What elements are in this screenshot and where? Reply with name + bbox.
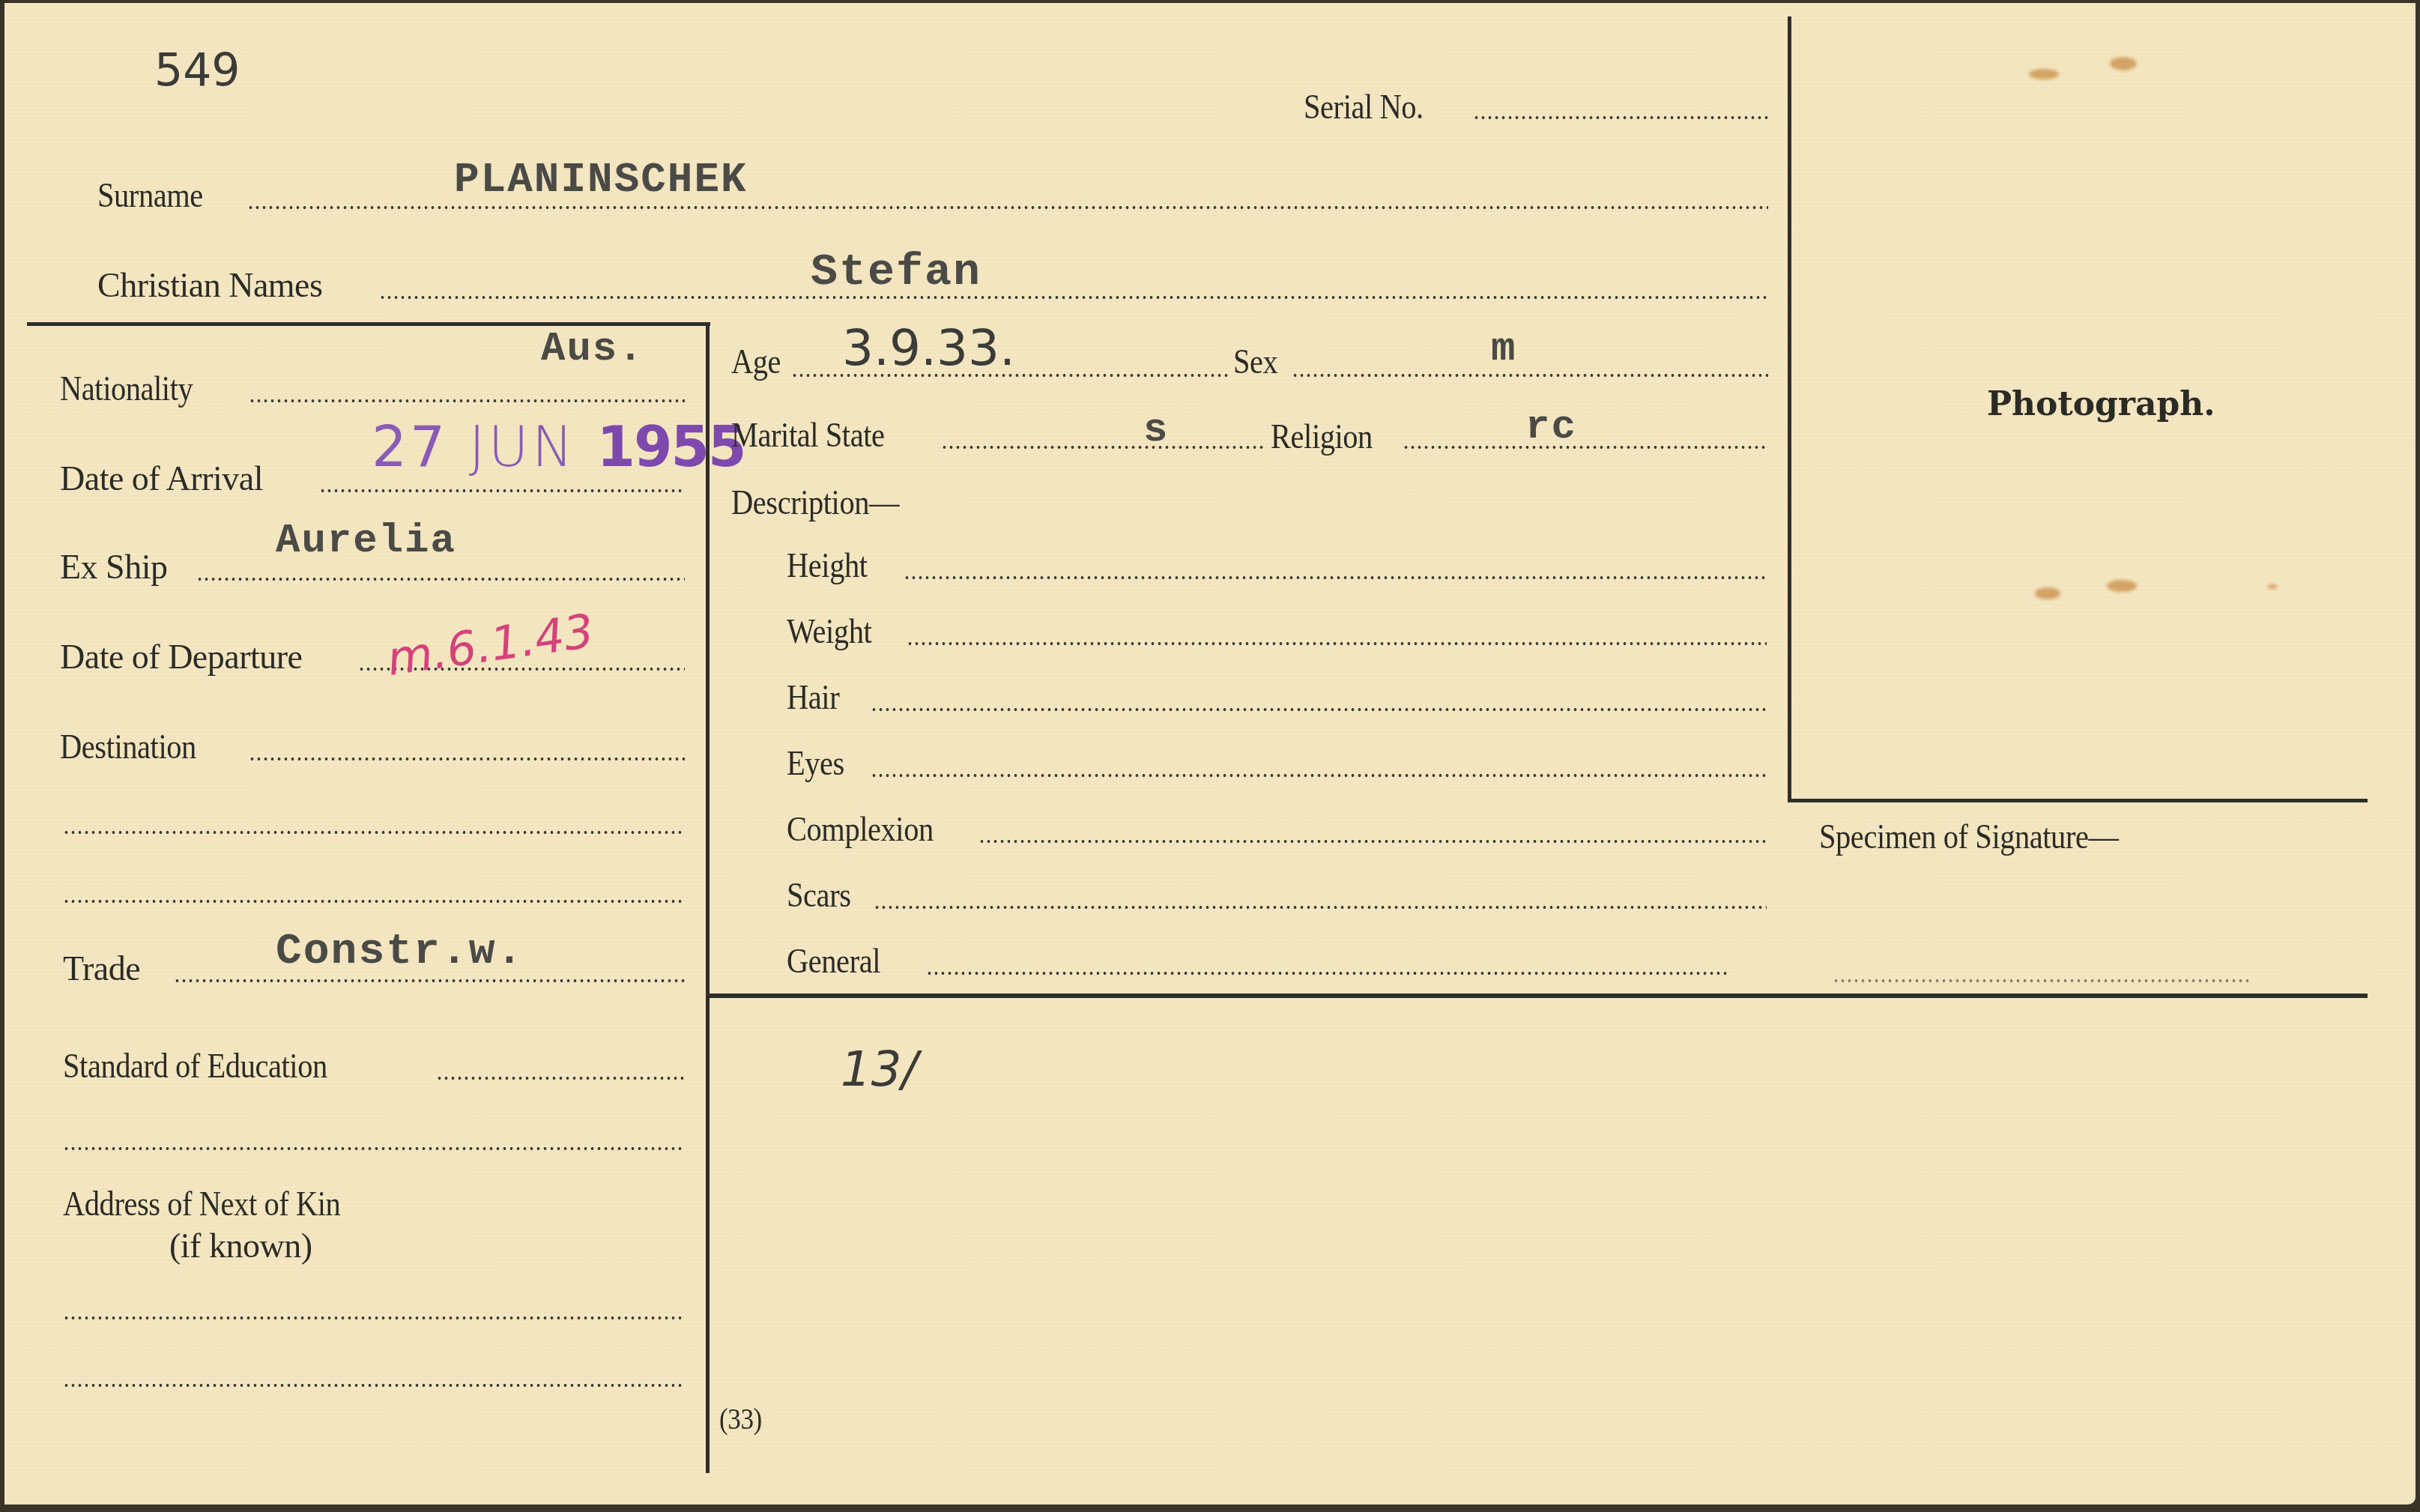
- height-label: Height: [787, 548, 868, 583]
- scars-label: Scars: [787, 878, 850, 913]
- destination-field[interactable]: [249, 757, 685, 761]
- photo-frame-bottom: [1788, 799, 2368, 802]
- nationality-field[interactable]: [249, 399, 685, 403]
- education-label: Standard of Education: [63, 1049, 327, 1083]
- marital-state-field[interactable]: [941, 445, 1265, 450]
- destination-label: Destination: [60, 730, 196, 764]
- sex-field[interactable]: [1292, 373, 1768, 378]
- ex-ship-value: Aurelia: [276, 521, 456, 562]
- christian-names-value: Stefan: [811, 250, 981, 295]
- hair-label: Hair: [787, 680, 839, 715]
- height-field[interactable]: [904, 575, 1767, 580]
- christian-names-label: Christian Names: [97, 268, 322, 303]
- age-value: 3.9.33.: [842, 324, 1015, 373]
- sex-label: Sex: [1233, 345, 1277, 379]
- trade-field[interactable]: [174, 979, 685, 983]
- general-label: General: [787, 944, 880, 979]
- handwritten-note: 13/: [841, 1046, 918, 1094]
- eyes-label: Eyes: [787, 746, 844, 781]
- description-label: Description—: [731, 486, 899, 520]
- marital-state-value: s: [1143, 411, 1169, 451]
- photograph-label: Photograph.: [1987, 385, 2215, 423]
- surname-value: PLANINSCHEK: [454, 159, 748, 201]
- signature-label: Specimen of Signature—: [1819, 820, 2119, 854]
- next-of-kin-sublabel: (if known): [169, 1229, 312, 1263]
- surname-field[interactable]: [247, 205, 1768, 210]
- stamp-month: JUN: [469, 415, 576, 480]
- next-of-kin-field-line-1[interactable]: [63, 1316, 685, 1320]
- religion-label: Religion: [1271, 420, 1373, 454]
- nationality-label: Nationality: [60, 372, 193, 406]
- age-label: Age: [731, 345, 781, 379]
- ex-ship-field[interactable]: [196, 577, 685, 581]
- date-of-arrival-label: Date of Arrival: [60, 462, 263, 496]
- next-of-kin-label: Address of Next of Kin: [63, 1187, 340, 1221]
- destination-field-line-2[interactable]: [63, 830, 685, 835]
- complexion-label: Complexion: [787, 812, 934, 847]
- arrival-date-stamp: 27 JUN 1955: [372, 420, 745, 475]
- signature-field[interactable]: [1833, 979, 2252, 983]
- weight-field[interactable]: [907, 641, 1767, 646]
- sex-value: m: [1491, 330, 1516, 370]
- nationality-value: Aus.: [541, 330, 644, 370]
- date-of-departure-label: Date of Departure: [60, 640, 303, 674]
- weight-label: Weight: [787, 614, 871, 649]
- form-code: (33): [719, 1404, 762, 1434]
- education-field[interactable]: [436, 1076, 685, 1080]
- immigration-record-card: 549 Serial No. Surname PLANINSCHEK Chris…: [4, 3, 2416, 1505]
- complexion-field[interactable]: [978, 839, 1767, 844]
- stamp-year: 1955: [597, 415, 745, 480]
- religion-value: rc: [1525, 408, 1577, 448]
- date-of-arrival-field[interactable]: [319, 489, 685, 493]
- photograph-area: Photograph.: [1791, 16, 2368, 799]
- hair-field[interactable]: [871, 707, 1767, 712]
- destination-field-line-3[interactable]: [63, 899, 685, 904]
- marital-state-label: Marital State: [731, 418, 884, 453]
- trade-value: Constr.w.: [276, 931, 524, 974]
- card-number: 549: [154, 48, 241, 93]
- ex-ship-label: Ex Ship: [60, 550, 167, 584]
- surname-label: Surname: [97, 178, 203, 213]
- stamp-day: 27: [372, 415, 448, 480]
- description-bottom-rule: [709, 994, 2368, 998]
- christian-names-field[interactable]: [379, 295, 1768, 300]
- education-field-line-2[interactable]: [63, 1146, 685, 1151]
- serial-number-field[interactable]: [1473, 115, 1768, 120]
- religion-field[interactable]: [1403, 445, 1768, 450]
- general-field[interactable]: [926, 971, 1728, 976]
- trade-label: Trade: [63, 952, 140, 986]
- divider-line: [27, 322, 710, 326]
- next-of-kin-field-line-2[interactable]: [63, 1383, 685, 1388]
- serial-number-label: Serial No.: [1304, 90, 1424, 124]
- eyes-field[interactable]: [871, 773, 1767, 778]
- scars-field[interactable]: [874, 905, 1767, 910]
- column-divider: [706, 322, 710, 1473]
